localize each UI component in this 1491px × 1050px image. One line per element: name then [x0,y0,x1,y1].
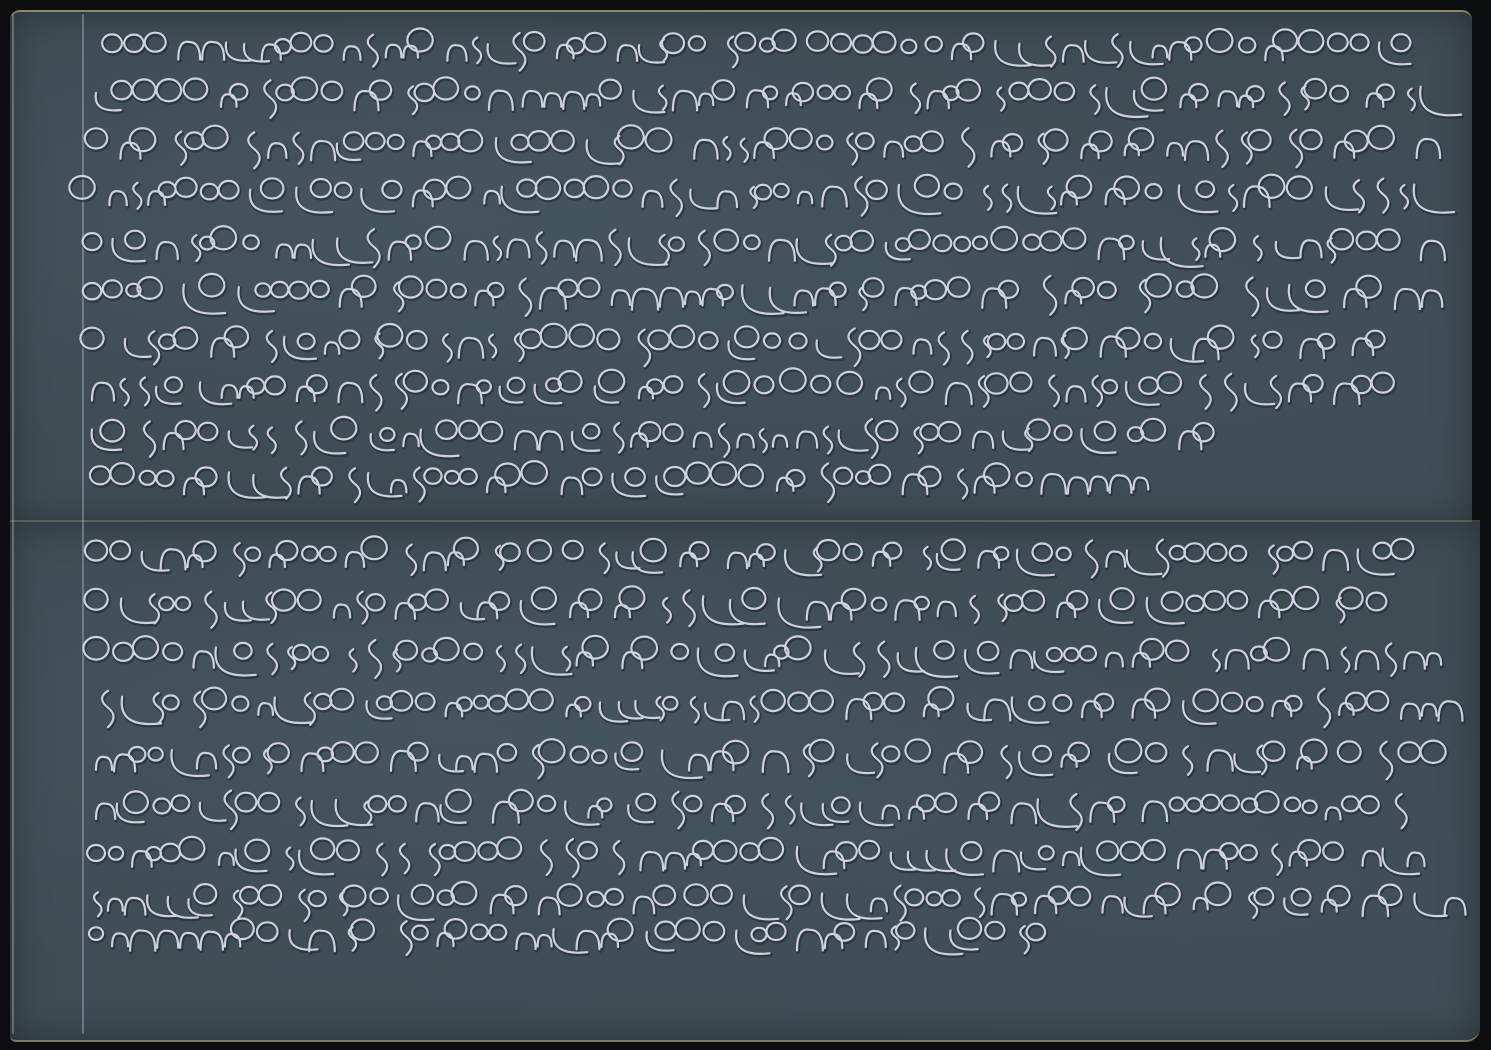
lower-folio-text [83,536,1466,956]
script-line [86,127,1441,170]
script-line [87,837,1424,877]
script-line [83,636,1441,678]
upper-folio-text [69,29,1462,504]
script-line [97,741,1447,781]
handwritten-script [0,0,1491,1050]
script-line [85,125,1440,168]
script-line [96,790,1407,830]
script-line [85,588,1387,630]
script-line [84,228,1446,269]
script-line [84,275,1443,317]
script-line [84,637,1442,679]
script-line [93,418,1215,459]
script-line [83,274,1442,316]
